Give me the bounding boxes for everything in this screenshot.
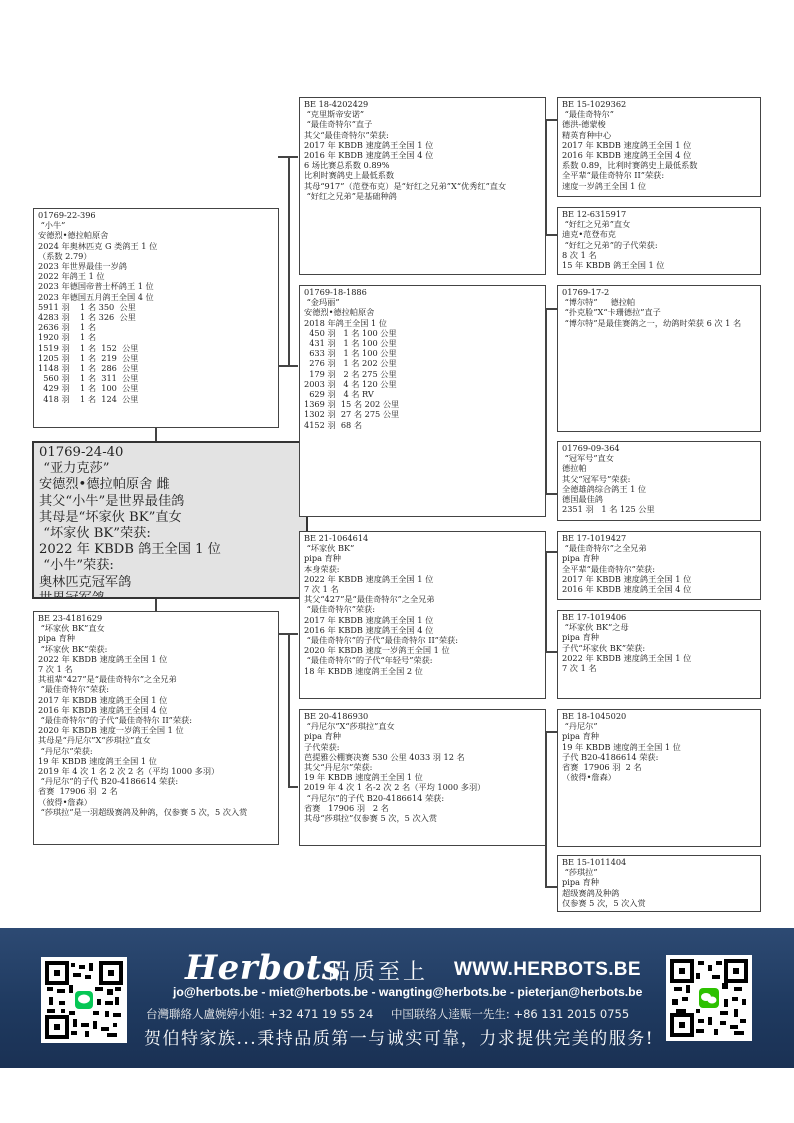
- pedigree-text-line: “丹尼尔”的子代 B20-4186614 荣获:: [38, 776, 274, 786]
- connector: [545, 493, 557, 495]
- pedigree-text-line: “金玛丽”: [304, 297, 541, 307]
- pedigree-text-line: 19 年 KBDB 速度鸽王全国 1 位: [304, 772, 541, 782]
- pedigree-text-line: 2017 年 KBDB 速度鸽王全国 1 位: [562, 574, 756, 584]
- pedigree-text-line: 2017 年 KBDB 速度鸽王全国 1 位: [304, 140, 541, 150]
- pedigree-text-line: 2022 年 KBDB 速度鸽王全国 1 位: [304, 574, 541, 584]
- connector: [155, 598, 157, 612]
- pedigree-text-line: 2022 年鸽王 1 位: [38, 271, 274, 281]
- pedigree-text-line: 其父“最佳奇特尔”荣获:: [304, 130, 541, 140]
- pedigree-dd-sire-card: BE 18-1045020 “丹尼尔”pipa 育种19 年 KBDB 速度鸽王…: [557, 709, 761, 847]
- ring-number: BE 18-4202429: [304, 99, 541, 109]
- ring-number: BE 17-1019406: [562, 612, 756, 622]
- pedigree-text-line: 2017 年 KBDB 速度鸽王全国 1 位: [38, 695, 274, 705]
- pedigree-text-line: “博尔特” 德拉帕: [562, 297, 756, 307]
- pedigree-text-line: “坏家伙 BK”荣获:: [39, 526, 301, 542]
- pedigree-text-line: （彼得•詹森）: [38, 797, 274, 807]
- pedigree-text-line: 15 年 KBDB 鸽王全国 1 位: [562, 260, 756, 270]
- connector: [288, 633, 298, 635]
- pedigree-text-line: 仅参赛 5 次，5 次入赏: [562, 898, 756, 908]
- qr-code-icon: [670, 959, 748, 1037]
- pedigree-text-line: 其父“冠军号”荣获:: [562, 474, 756, 484]
- pedigree-dam-card: BE 23-4181629 “坏家伙 BK”直女pipa 育种 “坏家伙 BK”…: [33, 611, 279, 845]
- pedigree-text-line: 奥林匹克冠军鸽: [39, 575, 301, 591]
- pedigree-text-line: “最佳奇特尔”的子代“年轻号”荣获:: [304, 655, 541, 665]
- china-contact: 中国联络人逵赈一先生: +86 131 2015 0755: [391, 1007, 629, 1021]
- pedigree-text-line: “坏家伙 BK”直女: [38, 623, 274, 633]
- pedigree-text-line: pipa 育种: [562, 632, 756, 642]
- pedigree-text-line: 2019 年 4 次 1 名 2 次 2 名（平均 1000 多羽）: [38, 766, 274, 776]
- ring-number: BE 15-1011404: [562, 857, 756, 867]
- pedigree-text-line: “小牛”荣获:: [39, 558, 301, 574]
- pedigree-text-line: 2016 年 KBDB 速度鸽王全国 4 位: [38, 705, 274, 715]
- connector: [545, 119, 557, 121]
- pedigree-text-line: “博尔特”是最佳赛鸽之一，幼鸽时荣获 6 次 1 名: [562, 318, 756, 328]
- taiwan-contact: 台灣聯絡人盧婉婷小姐: +32 471 19 55 24: [146, 1007, 373, 1021]
- pedigree-text-line: 2023 年德国五月鸽王全国 4 位: [38, 292, 274, 302]
- pedigree-text-line: 431 羽 1 名 100 公里: [304, 338, 541, 348]
- ring-number: 01769-18-1886: [304, 287, 541, 297]
- pedigree-text-line: 子代 B20-4186614 荣获:: [562, 752, 756, 762]
- pedigree-text-line: 450 羽 1 名 100 公里: [304, 328, 541, 338]
- pedigree-text-line: “坏家伙 BK”荣获:: [38, 644, 274, 654]
- pedigree-text-line: （系数 2.79）: [38, 251, 274, 261]
- pedigree-text-line: “最佳奇特尔”的子代“最佳奇特尔 II”荣获:: [304, 635, 541, 645]
- pedigree-text-line: “莎琪拉”是一羽超级赛鸽及种鸽，仅参赛 5 次，5 次入赏: [38, 807, 274, 817]
- pedigree-text-line: 安德烈•德拉帕原舍: [304, 307, 541, 317]
- pedigree-text-line: 2022 年 KBDB 速度鸽王全国 1 位: [38, 654, 274, 664]
- pedigree-text-line: 629 羽 4 名 RV: [304, 389, 541, 399]
- pedigree-text-line: 7 次 1 名: [562, 663, 756, 673]
- pedigree-text-line: 德洪-德蒙梭: [562, 119, 756, 129]
- pedigree-text-line: 德拉帕: [562, 463, 756, 473]
- pedigree-text-line: “小牛”: [38, 220, 274, 230]
- pedigree-text-line: pipa 育种: [38, 633, 274, 643]
- pedigree-text-line: “亚力克莎”: [39, 461, 301, 477]
- connector: [545, 308, 557, 310]
- pedigree-text-line: 其父“丹尼尔”荣获:: [304, 762, 541, 772]
- connector: [545, 886, 557, 888]
- pedigree-text-line: （彼得•詹森）: [562, 772, 756, 782]
- pedigree-text-line: 其母是“丹尼尔”X“莎琪拉”直女: [38, 735, 274, 745]
- ring-number: BE 15-1029362: [562, 99, 756, 109]
- pedigree-text-line: 本身荣获:: [304, 564, 541, 574]
- pedigree-text-line: 2016 年 KBDB 速度鸽王全国 4 位: [304, 625, 541, 635]
- pedigree-text-line: “丹尼尔”荣获:: [38, 746, 274, 756]
- pedigree-text-line: 8 次 1 名: [562, 250, 756, 260]
- pedigree-text-line: 6 场比赛总系数 0.89%: [304, 160, 541, 170]
- pedigree-text-line: 2024 年奥林匹克 G 类鸽王 1 位: [38, 241, 274, 251]
- pedigree-text-line: 安德烈•德拉帕原舍: [38, 230, 274, 240]
- pedigree-text-line: “丹尼尔”: [562, 721, 756, 731]
- pedigree-text-line: 19 年 KBDB 速度鸽王全国 1 位: [38, 756, 274, 766]
- connector: [288, 156, 290, 366]
- pedigree-text-line: pipa 育种: [562, 877, 756, 887]
- pedigree-dam-dam-card: BE 20-4186930 “丹尼尔”X“莎琪拉”直女pipa 育种子代荣获:芭…: [299, 709, 546, 846]
- pedigree-ss-dam-card: BE 12-6315917 “好红之兄弟”直女迪克•范登布克 “好红之兄弟”的子…: [557, 207, 761, 275]
- pedigree-text-line: 2017 年 KBDB 速度鸽王全国 1 位: [304, 615, 541, 625]
- pedigree-text-line: “最佳奇特尔”之全兄弟: [562, 543, 756, 553]
- pedigree-text-line: 其母“917”（范登布克）是“好红之兄弟”X“优秀红”直女: [304, 181, 541, 191]
- ring-number: 01769-22-396: [38, 210, 274, 220]
- pedigree-sire-dam-card: 01769-18-1886 “金玛丽”安德烈•德拉帕原舍2018 年鸽王全国 1…: [299, 285, 546, 517]
- pedigree-text-line: 2022 年 KBDB 鸽王全国 1 位: [39, 542, 301, 558]
- pedigree-text-line: 560 羽 1 名 311 公里: [38, 373, 274, 383]
- pedigree-text-line: 4283 羽 1 名 326 公里: [38, 312, 274, 322]
- wechat-qr-code[interactable]: [666, 955, 752, 1041]
- pedigree-text-line: “冠军号”直女: [562, 453, 756, 463]
- pedigree-text-line: 省赛 17906 羽 2 名: [38, 786, 274, 796]
- connector: [545, 731, 557, 733]
- pedigree-text-line: 7 次 1 名: [38, 664, 274, 674]
- pedigree-text-line: pipa 育种: [562, 553, 756, 563]
- pedigree-text-line: 安德烈•德拉帕原舍 雌: [39, 477, 301, 493]
- connector: [278, 365, 298, 367]
- connector: [545, 234, 557, 236]
- pedigree-subject-card: 01769-24-40 “亚力克莎”安德烈•德拉帕原舍 雌其父“小牛”是世界最佳…: [32, 441, 308, 599]
- pedigree-text-line: “莎琪拉”: [562, 867, 756, 877]
- pedigree-text-line: 超级赛鸽及种鸽: [562, 888, 756, 898]
- ring-number: BE 18-1045020: [562, 711, 756, 721]
- connector: [155, 428, 157, 442]
- pedigree-text-line: “好红之兄弟”是基础种鸽: [304, 191, 541, 201]
- pedigree-text-line: 精英育种中心: [562, 130, 756, 140]
- pedigree-text-line: 世界冠军鸽: [39, 591, 301, 599]
- line-qr-code[interactable]: [41, 957, 127, 1043]
- pedigree-sire-sire-card: BE 18-4202429 “克里斯帝安诺” “最佳奇特尔”直子其父“最佳奇特尔…: [299, 97, 546, 275]
- connector: [288, 633, 290, 786]
- pedigree-text-line: “克里斯帝安诺”: [304, 109, 541, 119]
- pedigree-text-line: 2016 年 KBDB 速度鸽王全国 4 位: [304, 150, 541, 160]
- brand-slogan: 品质至上: [328, 955, 428, 986]
- pedigree-text-line: 7 次 1 名: [304, 584, 541, 594]
- pedigree-text-line: “好红之兄弟”的子代荣获:: [562, 240, 756, 250]
- pedigree-text-line: 5911 羽 1 名 350 公里: [38, 302, 274, 312]
- pedigree-text-line: 比利时赛鸽史上最低系数: [304, 170, 541, 180]
- ring-number: BE 21-1064614: [304, 533, 541, 543]
- email-contacts[interactable]: jo@herbots.be - miet@herbots.be - wangti…: [173, 985, 642, 999]
- pedigree-text-line: “丹尼尔”的子代 B20-4186614 荣获:: [304, 793, 541, 803]
- pedigree-text-line: 2019 年 4 次 1 名-2 次 2 名（平均 1000 多羽）: [304, 782, 541, 792]
- ring-number: BE 20-4186930: [304, 711, 541, 721]
- pedigree-text-line: 276 羽 1 名 202 公里: [304, 358, 541, 368]
- pedigree-text-line: 2003 羽 4 名 120 公里: [304, 379, 541, 389]
- pedigree-text-line: 1369 羽 15 名 202 公里: [304, 399, 541, 409]
- ring-number: BE 17-1019427: [562, 533, 756, 543]
- pedigree-sd-dam-card: 01769-09-364 “冠军号”直女德拉帕其父“冠军号”荣获:全德雄鸽综合鸽…: [557, 441, 761, 521]
- connector: [288, 786, 298, 788]
- pedigree-sd-sire-card: 01769-17-2 “博尔特” 德拉帕 “扑克脸”X“卡珊德拉”直子 “博尔特…: [557, 285, 761, 432]
- footer-banner: Herbots 品质至上 WWW.HERBOTS.BE jo@herbots.b…: [0, 928, 794, 1068]
- pedigree-text-line: 速度一岁鸽王全国 1 位: [562, 181, 756, 191]
- pedigree-text-line: 2020 年 KBDB 速度一岁鸽王全国 1 位: [38, 725, 274, 735]
- pedigree-text-line: 2020 年 KBDB 速度一岁鸽王全国 1 位: [304, 645, 541, 655]
- ring-number: 01769-24-40: [39, 445, 301, 461]
- pedigree-text-line: 1519 羽 1 名 152 公里: [38, 343, 274, 353]
- ring-number: BE 12-6315917: [562, 209, 756, 219]
- pedigree-text-line: “好红之兄弟”直女: [562, 219, 756, 229]
- pedigree-text-line: 2023 年世界最佳一岁鸽: [38, 261, 274, 271]
- pedigree-text-line: 18 年 KBDB 速度鸽王全国 2 位: [304, 666, 541, 676]
- pedigree-text-line: 2016 年 KBDB 速度鸽王全国 4 位: [562, 150, 756, 160]
- pedigree-text-line: 全德雄鸽综合鸽王 1 位: [562, 484, 756, 494]
- pedigree-text-line: 其母“莎琪拉”仅参赛 5 次，5 次入赏: [304, 813, 541, 823]
- pedigree-ds-sire-card: BE 17-1019427 “最佳奇特尔”之全兄弟pipa 育种全平辈“最佳奇特…: [557, 531, 761, 600]
- connector: [545, 651, 557, 653]
- website-link[interactable]: WWW.HERBOTS.BE: [454, 959, 641, 981]
- pedigree-text-line: “最佳奇特尔”: [562, 109, 756, 119]
- pedigree-text-line: 2017 年 KBDB 速度鸽王全国 1 位: [562, 140, 756, 150]
- pedigree-text-line: 芭提雅公棚赛决赛 530 公里 4033 羽 12 名: [304, 752, 541, 762]
- pedigree-text-line: 2016 年 KBDB 速度鸽王全国 4 位: [562, 584, 756, 594]
- pedigree-ds-dam-card: BE 17-1019406 “坏家伙 BK”之母pipa 育种子代“坏家伙 BK…: [557, 610, 761, 699]
- pedigree-dd-dam-card: BE 15-1011404 “莎琪拉”pipa 育种超级赛鸽及种鸽仅参赛 5 次…: [557, 855, 761, 912]
- pedigree-text-line: 633 羽 1 名 100 公里: [304, 348, 541, 358]
- pedigree-text-line: “最佳奇特尔”直子: [304, 119, 541, 129]
- pedigree-text-line: 2351 羽 1 名 125 公里: [562, 504, 756, 514]
- pedigree-text-line: 2022 年 KBDB 速度鸽王全国 1 位: [562, 653, 756, 663]
- pedigree-text-line: 429 羽 1 名 100 公里: [38, 383, 274, 393]
- pedigree-text-line: 子代荣获:: [304, 742, 541, 752]
- pedigree-text-line: 子代“坏家伙 BK”荣获:: [562, 643, 756, 653]
- pedigree-text-line: “扑克脸”X“卡珊德拉”直子: [562, 307, 756, 317]
- pedigree-text-line: 179 羽 2 名 275 公里: [304, 369, 541, 379]
- connector: [545, 551, 557, 553]
- pedigree-text-line: 其父“小牛”是世界最佳鸽: [39, 494, 301, 510]
- company-motto: 贺伯特家族...秉持品质第一与诚实可靠，力求提供完美的服务!: [144, 1024, 654, 1049]
- qr-code-icon: [45, 961, 123, 1039]
- pedigree-sire-card: 01769-22-396 “小牛”安德烈•德拉帕原舍2024 年奥林匹克 G 类…: [33, 208, 279, 428]
- pedigree-text-line: 其祖辈“427”是“最佳奇特尔”之全兄弟: [38, 674, 274, 684]
- pedigree-text-line: 省赛 17906 羽 2 名: [562, 762, 756, 772]
- pedigree-text-line: 其母是“坏家伙 BK”直女: [39, 510, 301, 526]
- pedigree-text-line: “最佳奇特尔”的子代“最佳奇特尔 II”荣获:: [38, 715, 274, 725]
- phone-contacts: 台灣聯絡人盧婉婷小姐: +32 471 19 55 24 中国联络人逵赈一先生:…: [146, 1006, 643, 1022]
- pedigree-text-line: pipa 育种: [304, 731, 541, 741]
- pedigree-text-line: 省赛 17906 羽 2 名: [304, 803, 541, 813]
- pedigree-text-line: 系数 0.89，比利时赛鸽史上最低系数: [562, 160, 756, 170]
- pedigree-dam-sire-card: BE 21-1064614 “坏家伙 BK”pipa 育种本身荣获:2022 年…: [299, 531, 546, 699]
- pedigree-text-line: 1920 羽 1 名: [38, 332, 274, 342]
- pedigree-text-line: 迪克•范登布克: [562, 229, 756, 239]
- pedigree-text-line: 2018 年鸽王全国 1 位: [304, 318, 541, 328]
- pedigree-text-line: 其父“427”是“最佳奇特尔”之全兄弟: [304, 594, 541, 604]
- pedigree-text-line: “最佳奇特尔”荣获:: [38, 684, 274, 694]
- pedigree-ss-sire-card: BE 15-1029362 “最佳奇特尔”德洪-德蒙梭精英育种中心2017 年 …: [557, 97, 761, 197]
- pedigree-text-line: 1302 羽 27 名 275 公里: [304, 409, 541, 419]
- pedigree-text-line: 全平辈“最佳奇特尔”荣获:: [562, 564, 756, 574]
- brand-logo: Herbots: [185, 948, 341, 988]
- ring-number: 01769-09-364: [562, 443, 756, 453]
- pedigree-text-line: “坏家伙 BK”: [304, 543, 541, 553]
- pedigree-text-line: 4152 羽 68 名: [304, 420, 541, 430]
- pedigree-text-line: 德国最佳鸽: [562, 494, 756, 504]
- pedigree-text-line: 1205 羽 1 名 219 公里: [38, 353, 274, 363]
- pedigree-text-line: 19 年 KBDB 速度鸽王全国 1 位: [562, 742, 756, 752]
- pedigree-text-line: 全平辈“最佳奇特尔 II”荣获:: [562, 170, 756, 180]
- pedigree-text-line: 2023 年德国帝普士杯鸽王 1 位: [38, 281, 274, 291]
- pedigree-text-line: “坏家伙 BK”之母: [562, 622, 756, 632]
- pedigree-text-line: “丹尼尔”X“莎琪拉”直女: [304, 721, 541, 731]
- pedigree-text-line: 2636 羽 1 名: [38, 322, 274, 332]
- pedigree-text-line: 418 羽 1 名 124 公里: [38, 394, 274, 404]
- pedigree-text-line: pipa 育种: [562, 731, 756, 741]
- ring-number: 01769-17-2: [562, 287, 756, 297]
- pedigree-text-line: 1148 羽 1 名 286 公里: [38, 363, 274, 373]
- ring-number: BE 23-4181629: [38, 613, 274, 623]
- pedigree-text-line: “最佳奇特尔”荣获:: [304, 604, 541, 614]
- pedigree-text-line: pipa 育种: [304, 553, 541, 563]
